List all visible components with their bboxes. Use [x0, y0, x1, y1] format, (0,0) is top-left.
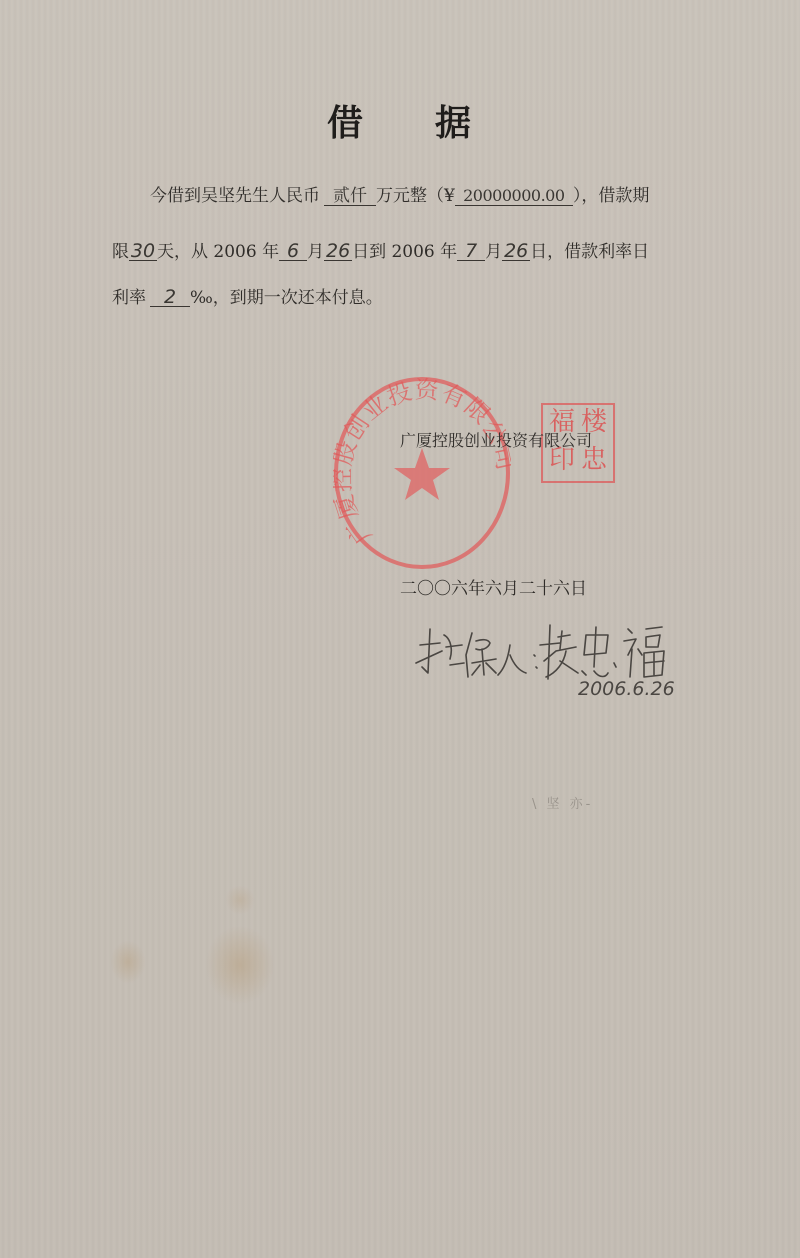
line2-prefix: 限 — [112, 242, 129, 262]
end-month-field: 7 — [457, 242, 485, 261]
guarantor-signature: 2006.6.26 — [410, 615, 700, 700]
interest-rate-field: 2 — [150, 288, 190, 307]
line1-prefix: 今借到吴坚先生人民币 — [150, 186, 320, 206]
paper-stain — [110, 940, 146, 984]
faint-note: \ 坚 亦- — [532, 793, 593, 812]
title-char-2: 据 — [435, 95, 473, 146]
company-round-seal: 广厦控股创业投资有限公司 — [333, 376, 511, 570]
end-day-field: 26 — [502, 242, 530, 261]
line2-text-a: 天，从 2006 年 — [157, 242, 279, 262]
body-line-1: 今借到吴坚先生人民币贰仟万元整（¥20000000.00），借款期 — [150, 186, 649, 206]
document-date: 二〇〇六年六月二十六日 — [400, 574, 587, 599]
star-icon — [394, 448, 450, 500]
title-char-1: 借 — [327, 95, 365, 146]
line3-prefix: 利率 — [112, 288, 146, 308]
line1-suffix: ），借款期 — [573, 186, 650, 206]
body-line-2: 限30天，从 2006 年6月26日到 2006 年7月26日，借款利率日 — [112, 242, 649, 262]
signature-date: 2006.6.26 — [578, 678, 675, 700]
line2-text-c: 日到 2006 年 — [352, 242, 457, 262]
amount-number-field: 20000000.00 — [455, 187, 573, 206]
line2-suffix: 日，借款利率日 — [530, 242, 649, 262]
term-days-field: 30 — [129, 242, 157, 261]
paper-stain — [225, 885, 255, 915]
paper-stain — [205, 925, 275, 1005]
line3-suffix: ‰，到期一次还本付息。 — [190, 288, 383, 308]
document-title: 借据 — [0, 95, 800, 146]
borrower-company-name: 广厦控股创业投资有限公司 — [400, 428, 592, 451]
body-line-3: 利率2‰，到期一次还本付息。 — [112, 288, 383, 308]
start-day-field: 26 — [324, 242, 352, 261]
amount-words-field: 贰仟 — [324, 187, 376, 206]
line1-mid: 万元整（¥ — [376, 186, 455, 206]
line2-text-d: 月 — [485, 242, 502, 262]
line2-text-b: 月 — [307, 242, 324, 262]
start-month-field: 6 — [279, 242, 307, 261]
